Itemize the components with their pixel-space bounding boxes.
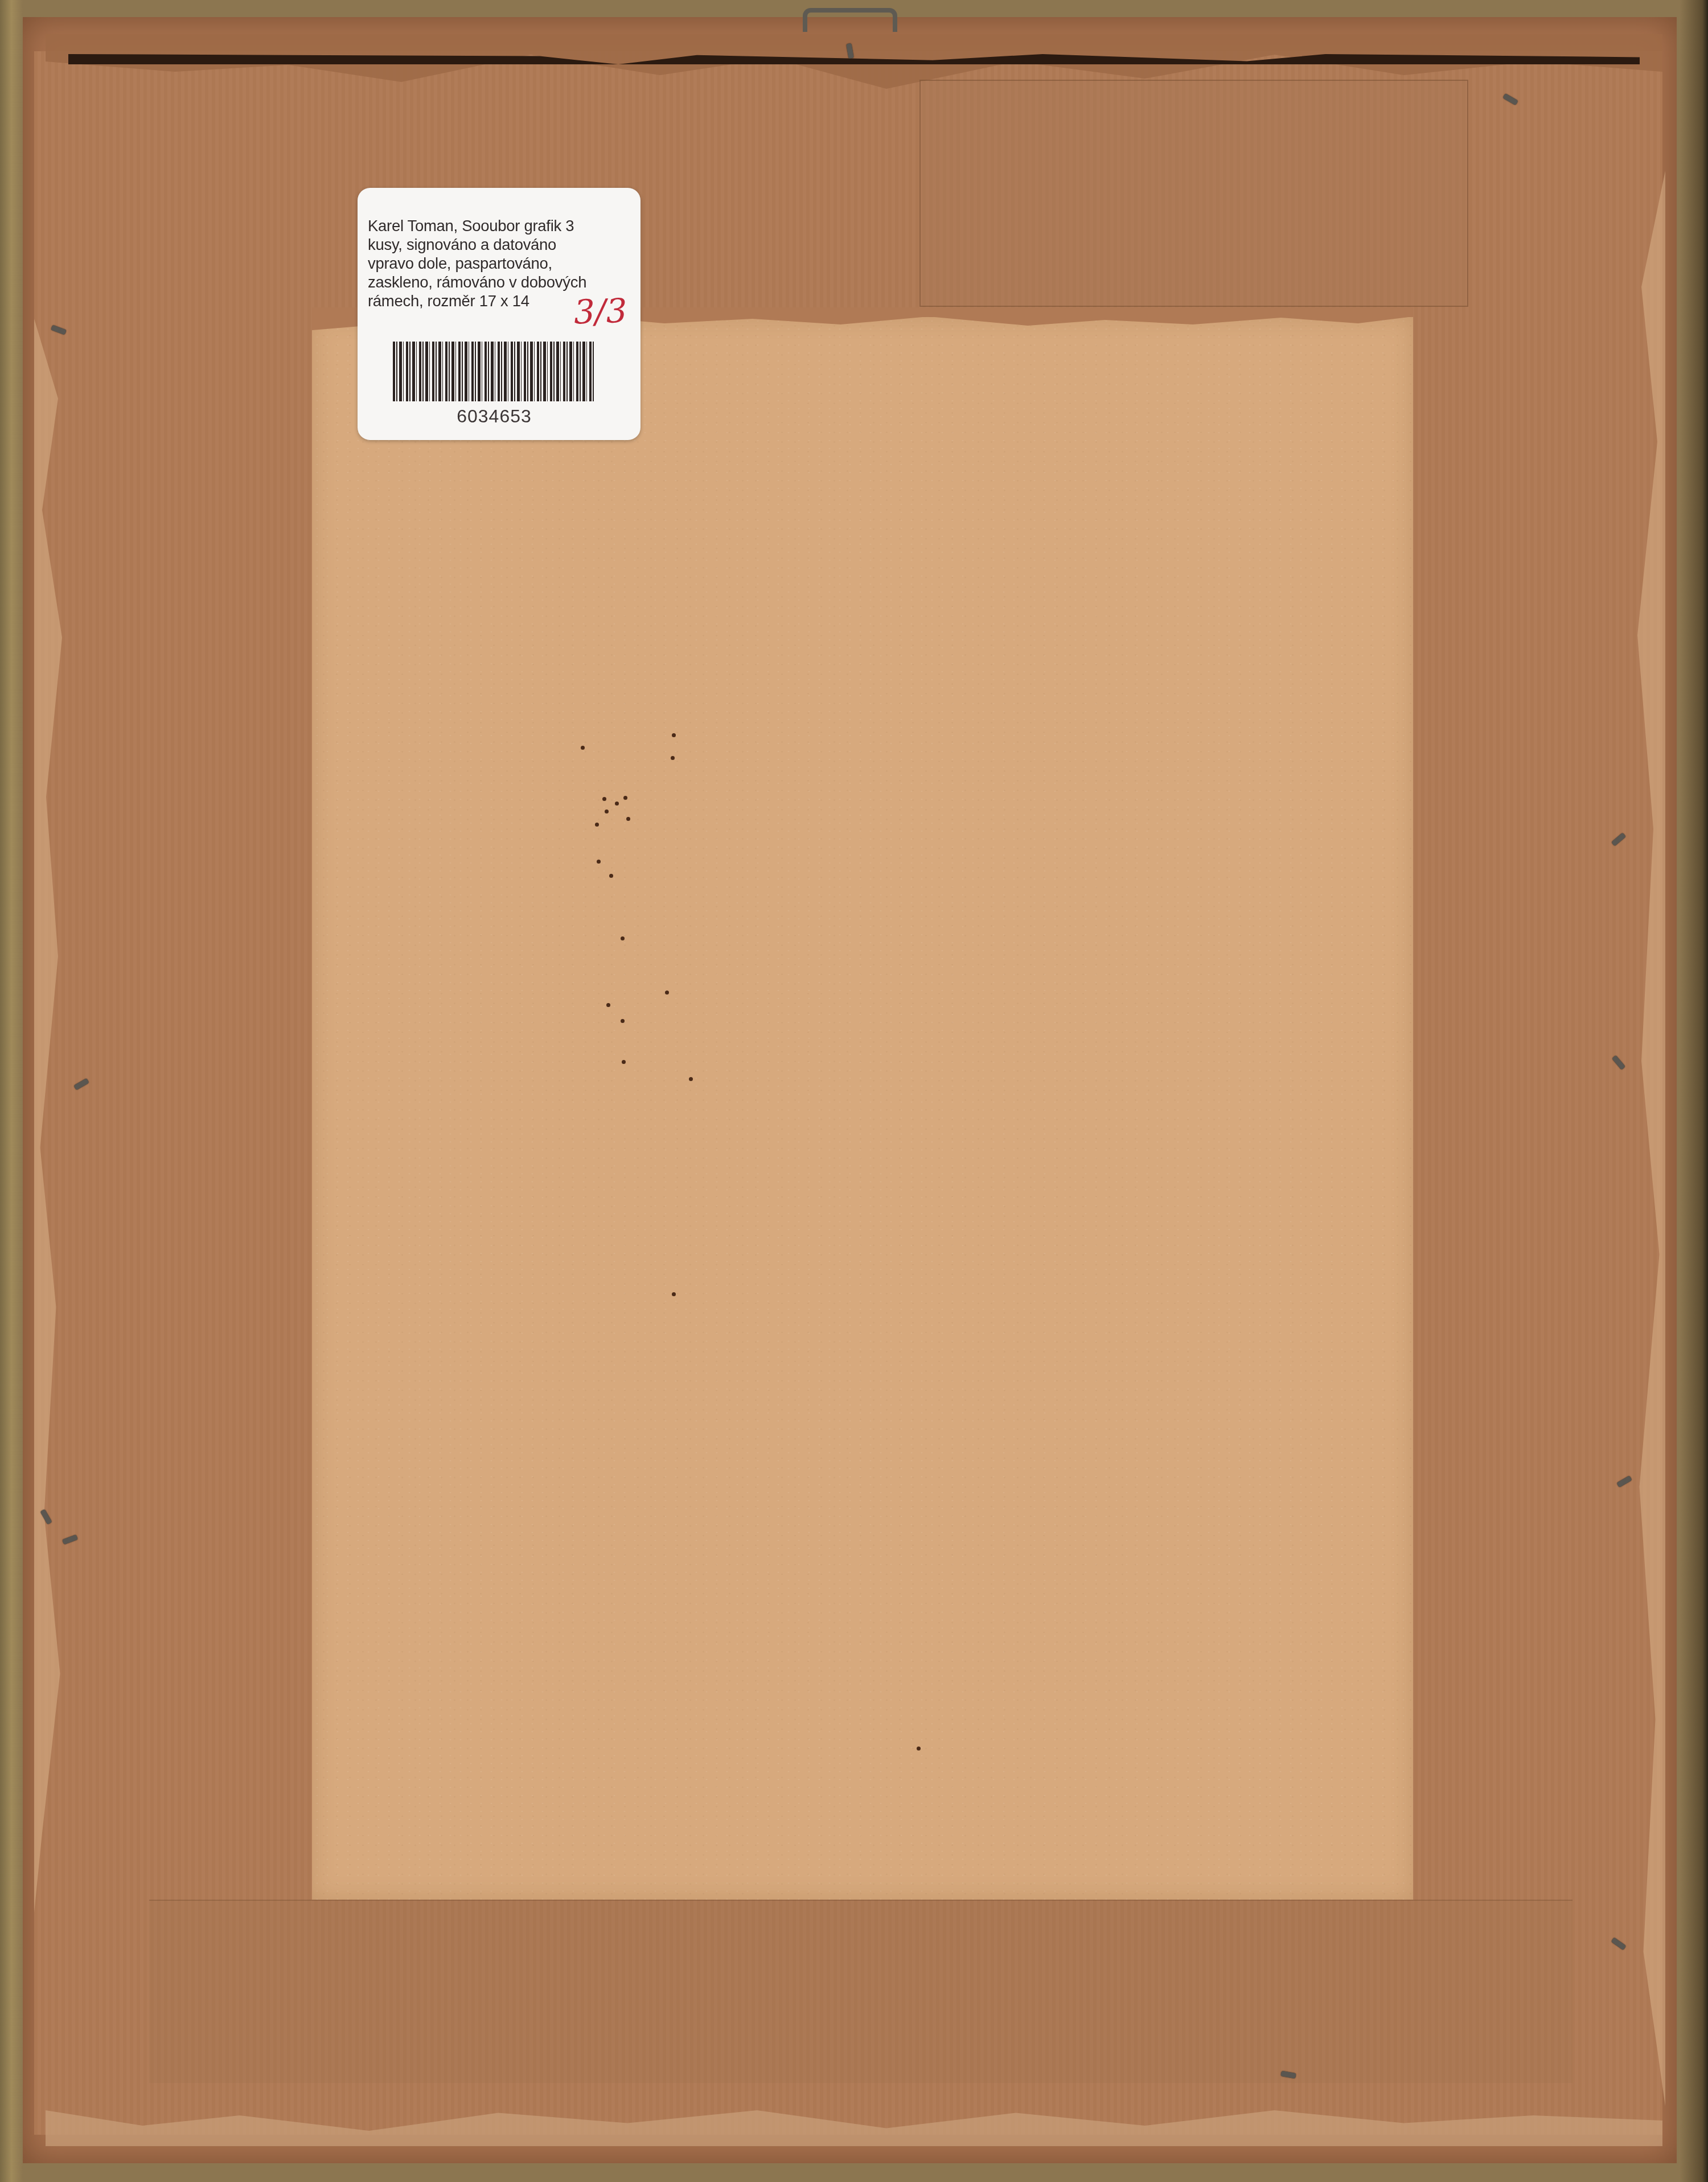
- handwritten-lot-mark: 3/3: [573, 291, 628, 331]
- speck: [623, 796, 627, 800]
- speck: [615, 802, 619, 806]
- barcode-icon: [393, 342, 595, 401]
- speck: [622, 1060, 626, 1064]
- speck: [581, 746, 585, 750]
- paper-patch: [919, 80, 1468, 307]
- hanging-wire-icon: [803, 8, 897, 32]
- speck: [626, 817, 630, 821]
- speck: [597, 860, 601, 864]
- auction-label: Karel Toman, Sooubor grafik 3 kusy, sign…: [358, 188, 640, 440]
- speck: [595, 823, 599, 827]
- speck: [672, 733, 676, 737]
- speck: [917, 1747, 921, 1750]
- speck: [606, 1003, 610, 1007]
- speck: [621, 936, 625, 940]
- speck: [665, 991, 669, 995]
- speck: [671, 756, 675, 760]
- speck: [621, 1019, 625, 1023]
- label-line: kusy, signováno a datováno: [368, 235, 635, 254]
- speck: [609, 874, 613, 878]
- lower-paper-patch: [149, 1900, 1572, 2083]
- label-line: Karel Toman, Sooubor grafik 3: [368, 216, 635, 235]
- speck: [605, 809, 609, 813]
- inner-paper-sheet: [312, 317, 1413, 1900]
- barcode-number: 6034653: [358, 406, 631, 427]
- label-line: zasklenо, rámováno v dobových: [368, 273, 635, 291]
- speck: [672, 1292, 676, 1296]
- label-line: vpravo dole, paspartováno,: [368, 254, 635, 273]
- speck: [689, 1077, 693, 1081]
- speck: [602, 797, 606, 801]
